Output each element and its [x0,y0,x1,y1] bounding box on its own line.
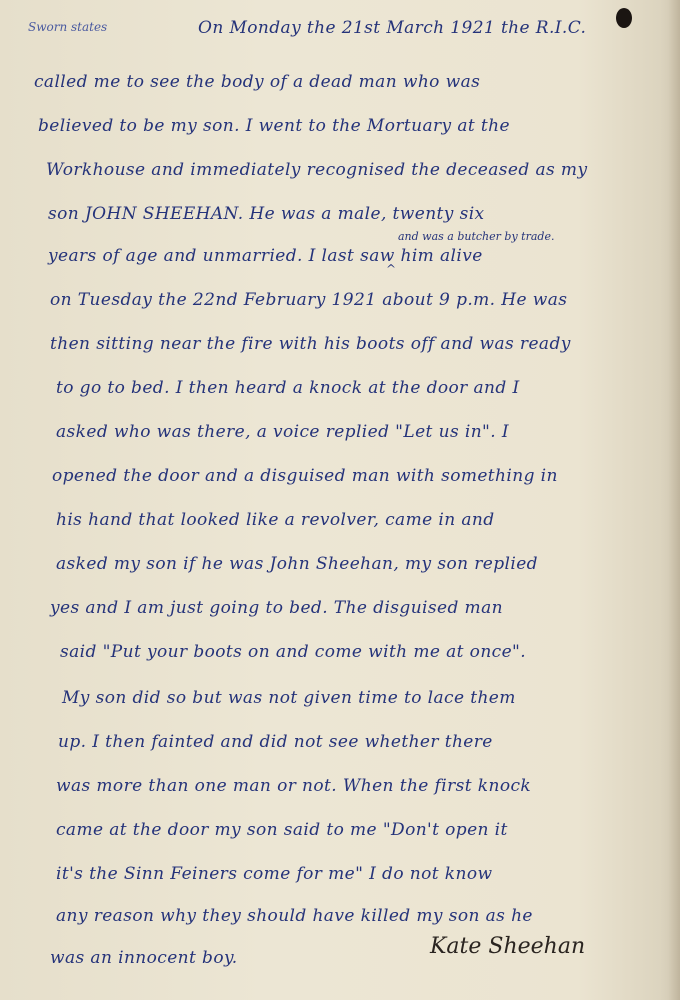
text-line-4: Workhouse and immediately recognised the… [46,160,587,180]
text-line-8: then sitting near the fire with his boot… [50,334,571,354]
text-line-17: up. I then fainted and did not see wheth… [58,732,493,752]
text-line-18: was more than one man or not. When the f… [56,776,531,796]
margin-note: Sworn states [28,20,107,34]
text-line-3: believed to be my son. I went to the Mor… [38,116,510,136]
text-line-11: opened the door and a disguised man with… [52,466,558,486]
text-line-16: My son did so but was not given time to … [62,688,516,708]
punch-hole [616,8,632,28]
text-line-14: yes and I am just going to bed. The disg… [50,598,503,618]
insertion-text: and was a butcher by trade. [398,230,554,243]
text-line-6: years of age and unmarried. I last saw h… [48,246,483,266]
text-line-1: On Monday the 21st March 1921 the R.I.C. [198,18,586,38]
text-line-2: called me to see the body of a dead man … [34,72,480,92]
insertion-caret: ^ [386,262,396,276]
text-line-20: it's the Sinn Feiners come for me" I do … [56,864,492,884]
document-page: Sworn states On Monday the 21st March 19… [0,0,680,1000]
signature: Kate Sheehan [430,934,585,959]
text-line-13: asked my son if he was John Sheehan, my … [56,554,538,574]
paper-edge-shadow [668,0,680,1000]
text-line-21: any reason why they should have killed m… [56,906,533,926]
text-line-12: his hand that looked like a revolver, ca… [56,510,495,530]
text-line-10: asked who was there, a voice replied "Le… [56,422,509,442]
text-line-9: to go to bed. I then heard a knock at th… [56,378,520,398]
text-line-15: said "Put your boots on and come with me… [60,642,526,662]
text-line-22: was an innocent boy. [50,948,238,968]
text-line-7: on Tuesday the 22nd February 1921 about … [50,290,567,310]
text-line-19: came at the door my son said to me "Don'… [56,820,508,840]
text-line-5: son JOHN SHEEHAN. He was a male, twenty … [48,204,485,224]
